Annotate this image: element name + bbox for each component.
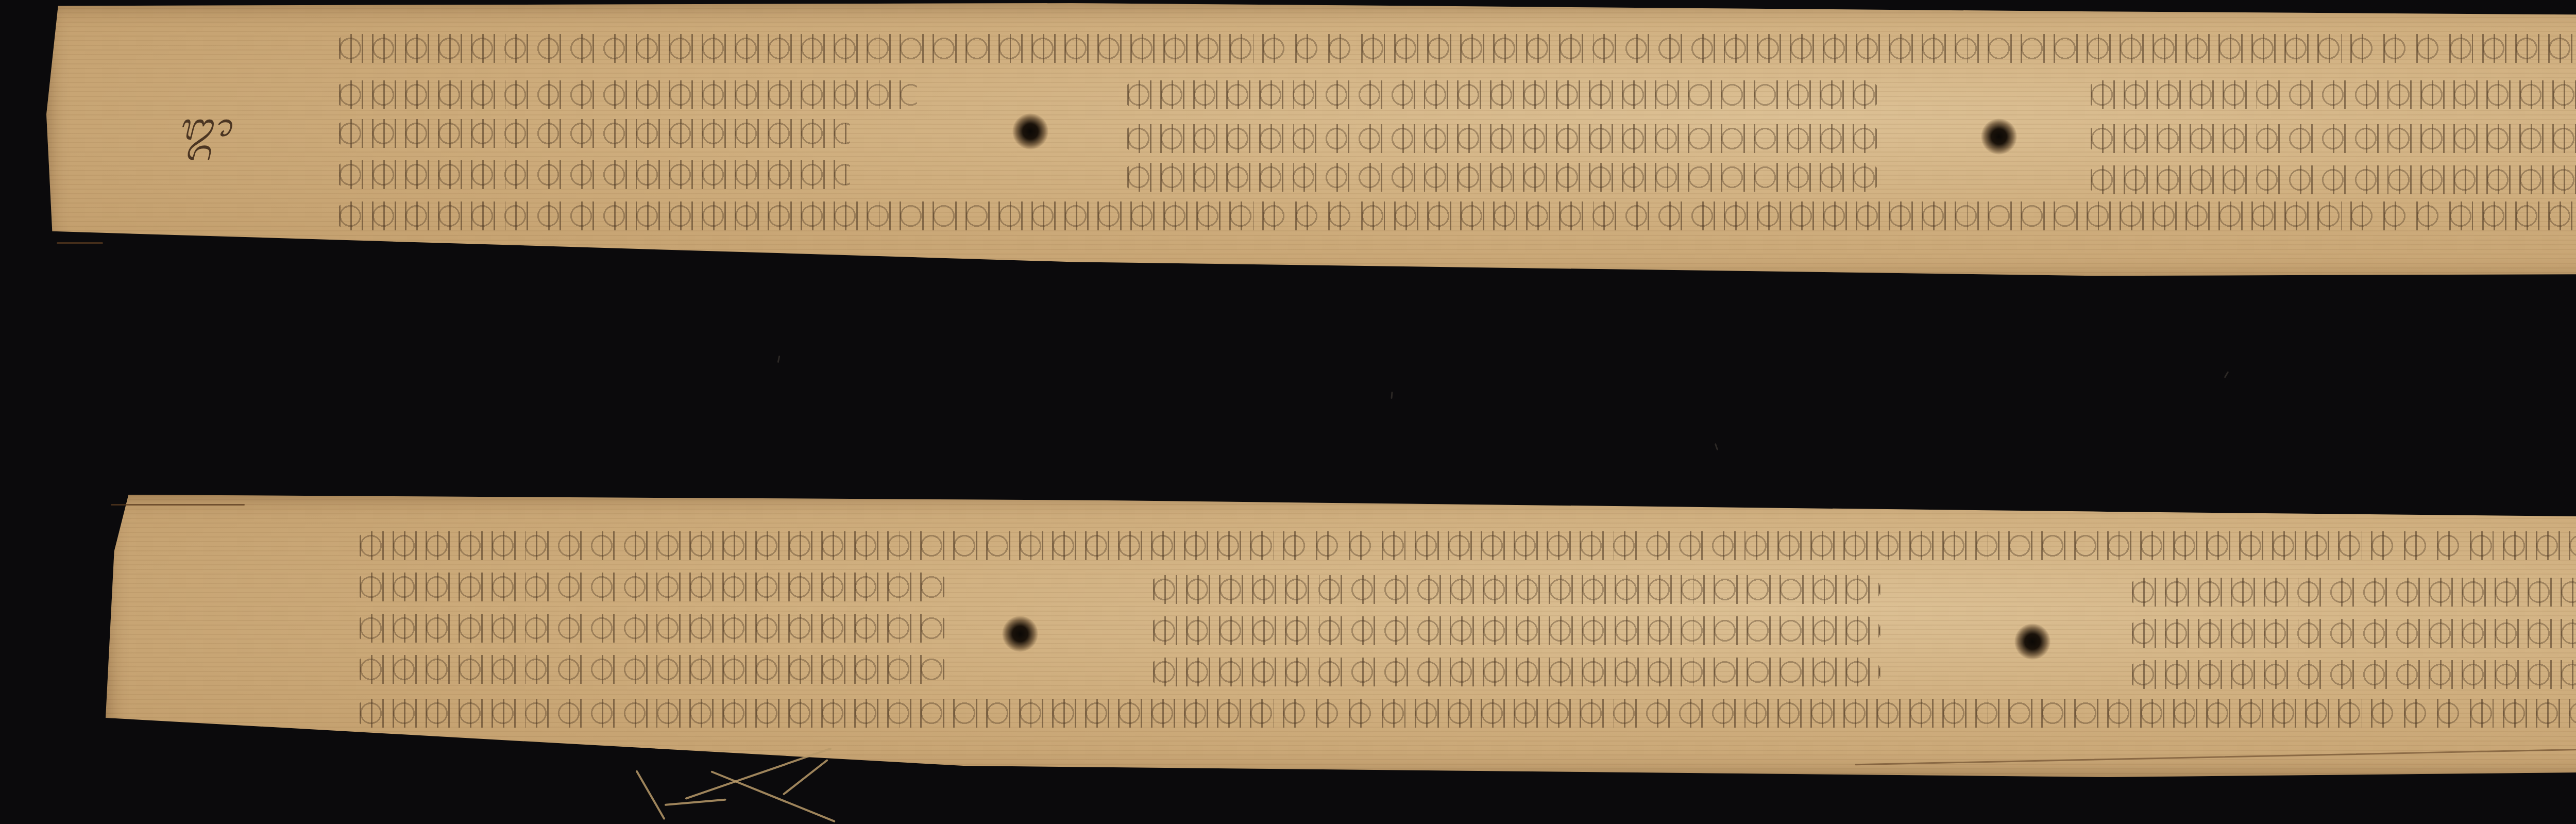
- margin-mark: ᬒ: [178, 100, 231, 167]
- loose-fiber: [783, 759, 828, 796]
- loose-fiber: [665, 799, 726, 806]
- text-line: [335, 188, 2576, 245]
- loose-fiber: [635, 770, 665, 820]
- script-glyphs: [335, 188, 2576, 245]
- leaf-crack: [111, 504, 245, 506]
- lint-speck: [777, 356, 781, 363]
- text-line: [355, 685, 2576, 742]
- leaf-crack: [57, 242, 103, 244]
- lint-speck: [1715, 443, 1719, 450]
- lint-speck: [1391, 392, 1393, 399]
- binding-hole: [2014, 624, 2050, 660]
- binding-hole: [1012, 113, 1048, 149]
- lint-speck: [2224, 371, 2229, 378]
- loose-fiber: [710, 770, 836, 822]
- binding-hole: [1002, 616, 1038, 652]
- binding-hole: [1981, 119, 2017, 155]
- script-glyphs: [355, 685, 2576, 742]
